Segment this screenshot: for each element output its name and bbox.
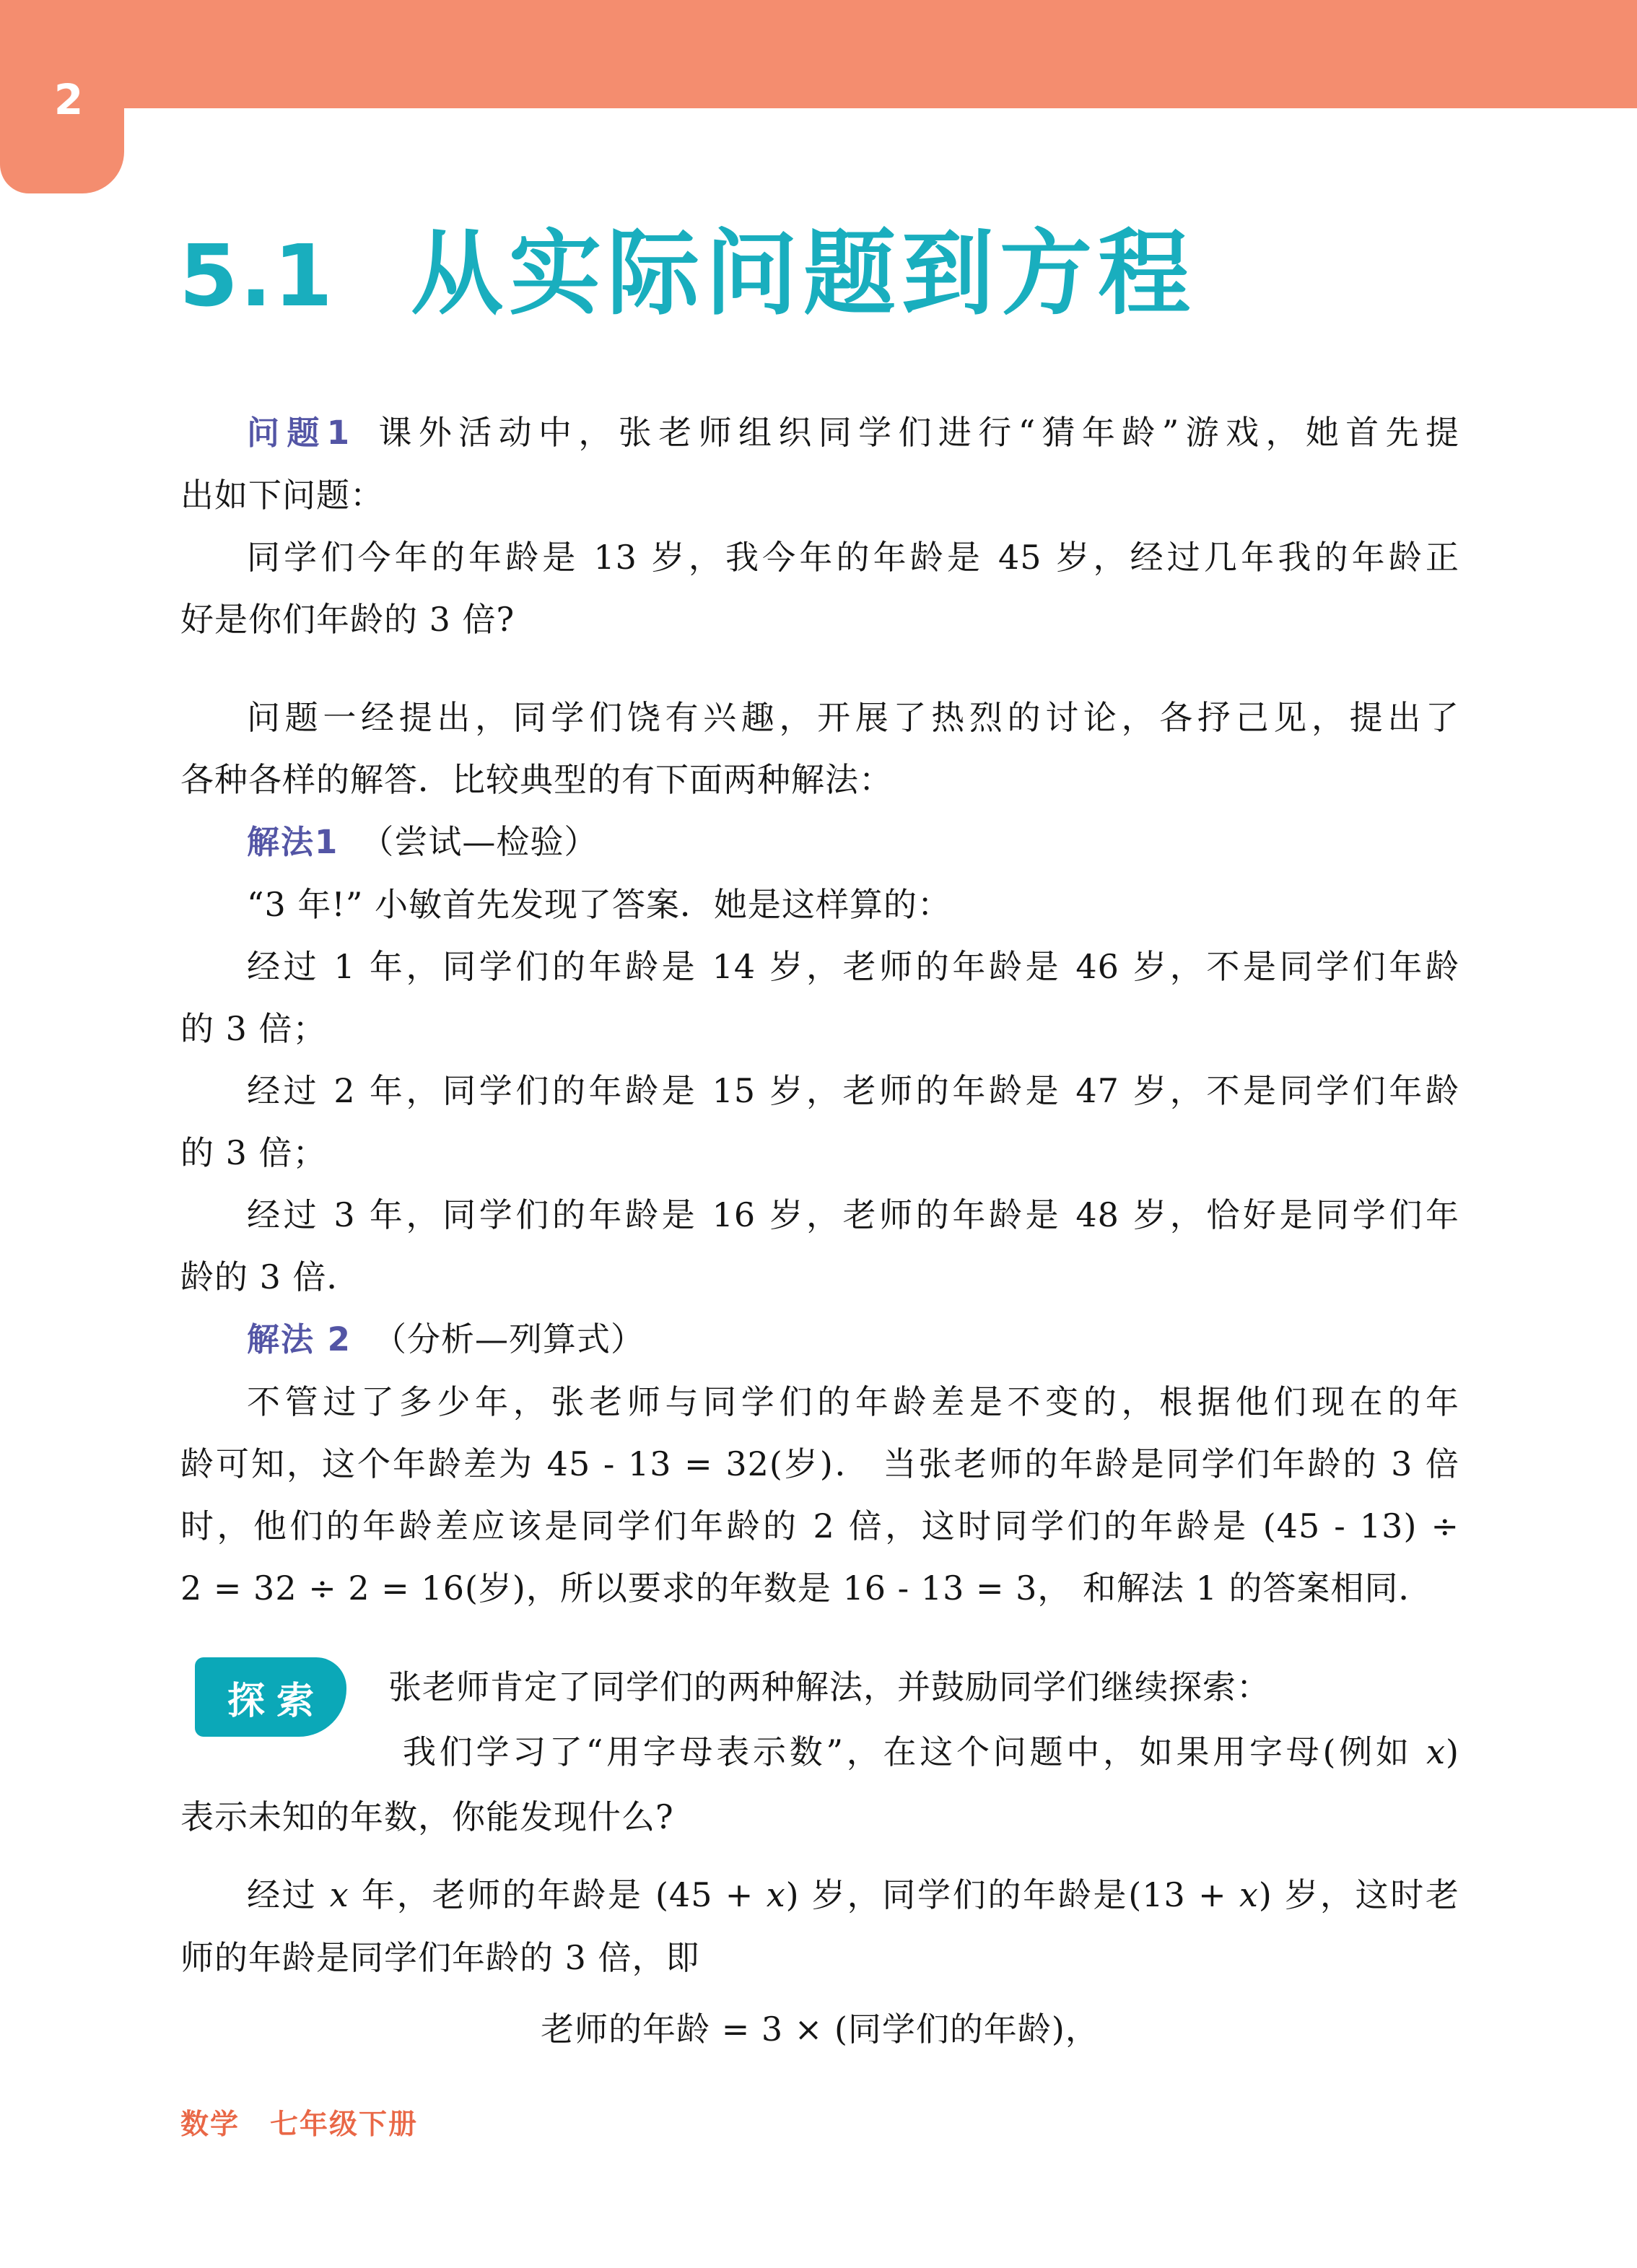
text-line: 解法1（尝试—检验） [180,811,1459,873]
text-line: 经过 3 年，同学们的年龄是 16 岁，老师的年龄是 48 岁，恰好是同学们年 [180,1184,1459,1246]
text-line: 问题一经提出，同学们饶有兴趣，开展了热烈的讨论，各抒己见，提出了 [180,686,1459,749]
section-title-number: 5.1 [179,226,334,326]
text-line: 经过 2 年，同学们的年龄是 15 岁，老师的年龄是 47 岁，不是同学们年龄 [180,1060,1459,1122]
text-line: 问题1课外活动中，张老师组织同学们进行“猜年龄”游戏，她首先提 [180,401,1459,464]
text-line: 同学们今年的年龄是 13 岁，我今年的年龄是 45 岁，经过几年我的年龄正 [180,526,1459,588]
page-number: 2 [0,75,137,124]
math-variable: x [1426,1732,1446,1771]
math-variable: x [330,1875,349,1914]
text-line: 龄的 3 倍． [180,1246,1459,1308]
explore-section: 探索 张老师肯定了同学们的两种解法，并鼓励同学们继续探索：我们学习了“用字母表示… [180,1654,1459,1849]
section-title: 5.1从实际问题到方程 [179,224,1550,326]
text-line: 龄可知，这个年龄差为 45 - 13 = 32(岁)． 当张老师的年龄是同学们年… [180,1433,1459,1495]
text-line: 各种各样的解答．比较典型的有下面两种解法： [180,749,1459,811]
text-line: 不管过了多少年，张老师与同学们的年龄差是不变的，根据他们现在的年 [180,1371,1459,1433]
paragraph-label: 解法1 [247,823,339,861]
conclusion-text-line: 经过 x 年，老师的年龄是 (45 + x) 岁，同学们的年龄是(13 + x)… [180,1864,1459,1927]
text-line: 解法 2（分析—列算式） [180,1308,1459,1371]
footer: 数学七年级下册 [180,2102,418,2142]
text-line: 的 3 倍； [180,1122,1459,1184]
text-line: 出如下问题： [180,464,1459,526]
explore-text-line: 张老师肯定了同学们的两种解法，并鼓励同学们继续探索： [180,1654,1459,1719]
section-title-text: 从实际问题到方程 [411,220,1196,328]
conclusion-text-line: 师的年龄是同学们年龄的 3 倍，即 [180,1927,1459,1989]
footer-volume: 七年级下册 [270,2108,418,2141]
header-band [0,0,1637,108]
text-line: 2 = 32 ÷ 2 = 16(岁)，所以要求的年数是 16 - 13 = 3，… [180,1557,1459,1619]
explore-badge: 探索 [195,1657,346,1737]
text-line: 好是你们年龄的 3 倍? [180,588,1459,650]
text-line: 时，他们的年龄差应该是同学们年龄的 2 倍，这时同学们的年龄是 (45 - 13… [180,1495,1459,1557]
paragraph-label: 解法 2 [247,1320,352,1358]
conclusion-text: 经过 x 年，老师的年龄是 (45 + x) 岁，同学们的年龄是(13 + x)… [180,1864,1459,2061]
explore-text-line: 表示未知的年数，你能发现什么? [180,1784,1459,1849]
math-variable: x [767,1875,786,1914]
text-line: 经过 1 年，同学们的年龄是 14 岁，老师的年龄是 46 岁，不是同学们年龄 [180,935,1459,998]
text-line: “3 年!” 小敏首先发现了答案．她是这样算的： [180,873,1459,935]
footer-subject: 数学 [180,2108,240,2141]
text-line: 的 3 倍； [180,998,1459,1060]
textbook-page: 2 5.1从实际问题到方程 问题1课外活动中，张老师组织同学们进行“猜年龄”游戏… [0,0,1637,2268]
explore-text-line: 我们学习了“用字母表示数”，在这个问题中，如果用字母(例如 x) [180,1719,1459,1784]
equation: 老师的年龄 = 3 × (同学们的年龄)， [180,1998,1459,2061]
body-text: 问题1课外活动中，张老师组织同学们进行“猜年龄”游戏，她首先提出如下问题：同学们… [180,401,1459,1619]
paragraph-label: 问题1 [247,414,351,452]
math-variable: x [1239,1875,1259,1914]
